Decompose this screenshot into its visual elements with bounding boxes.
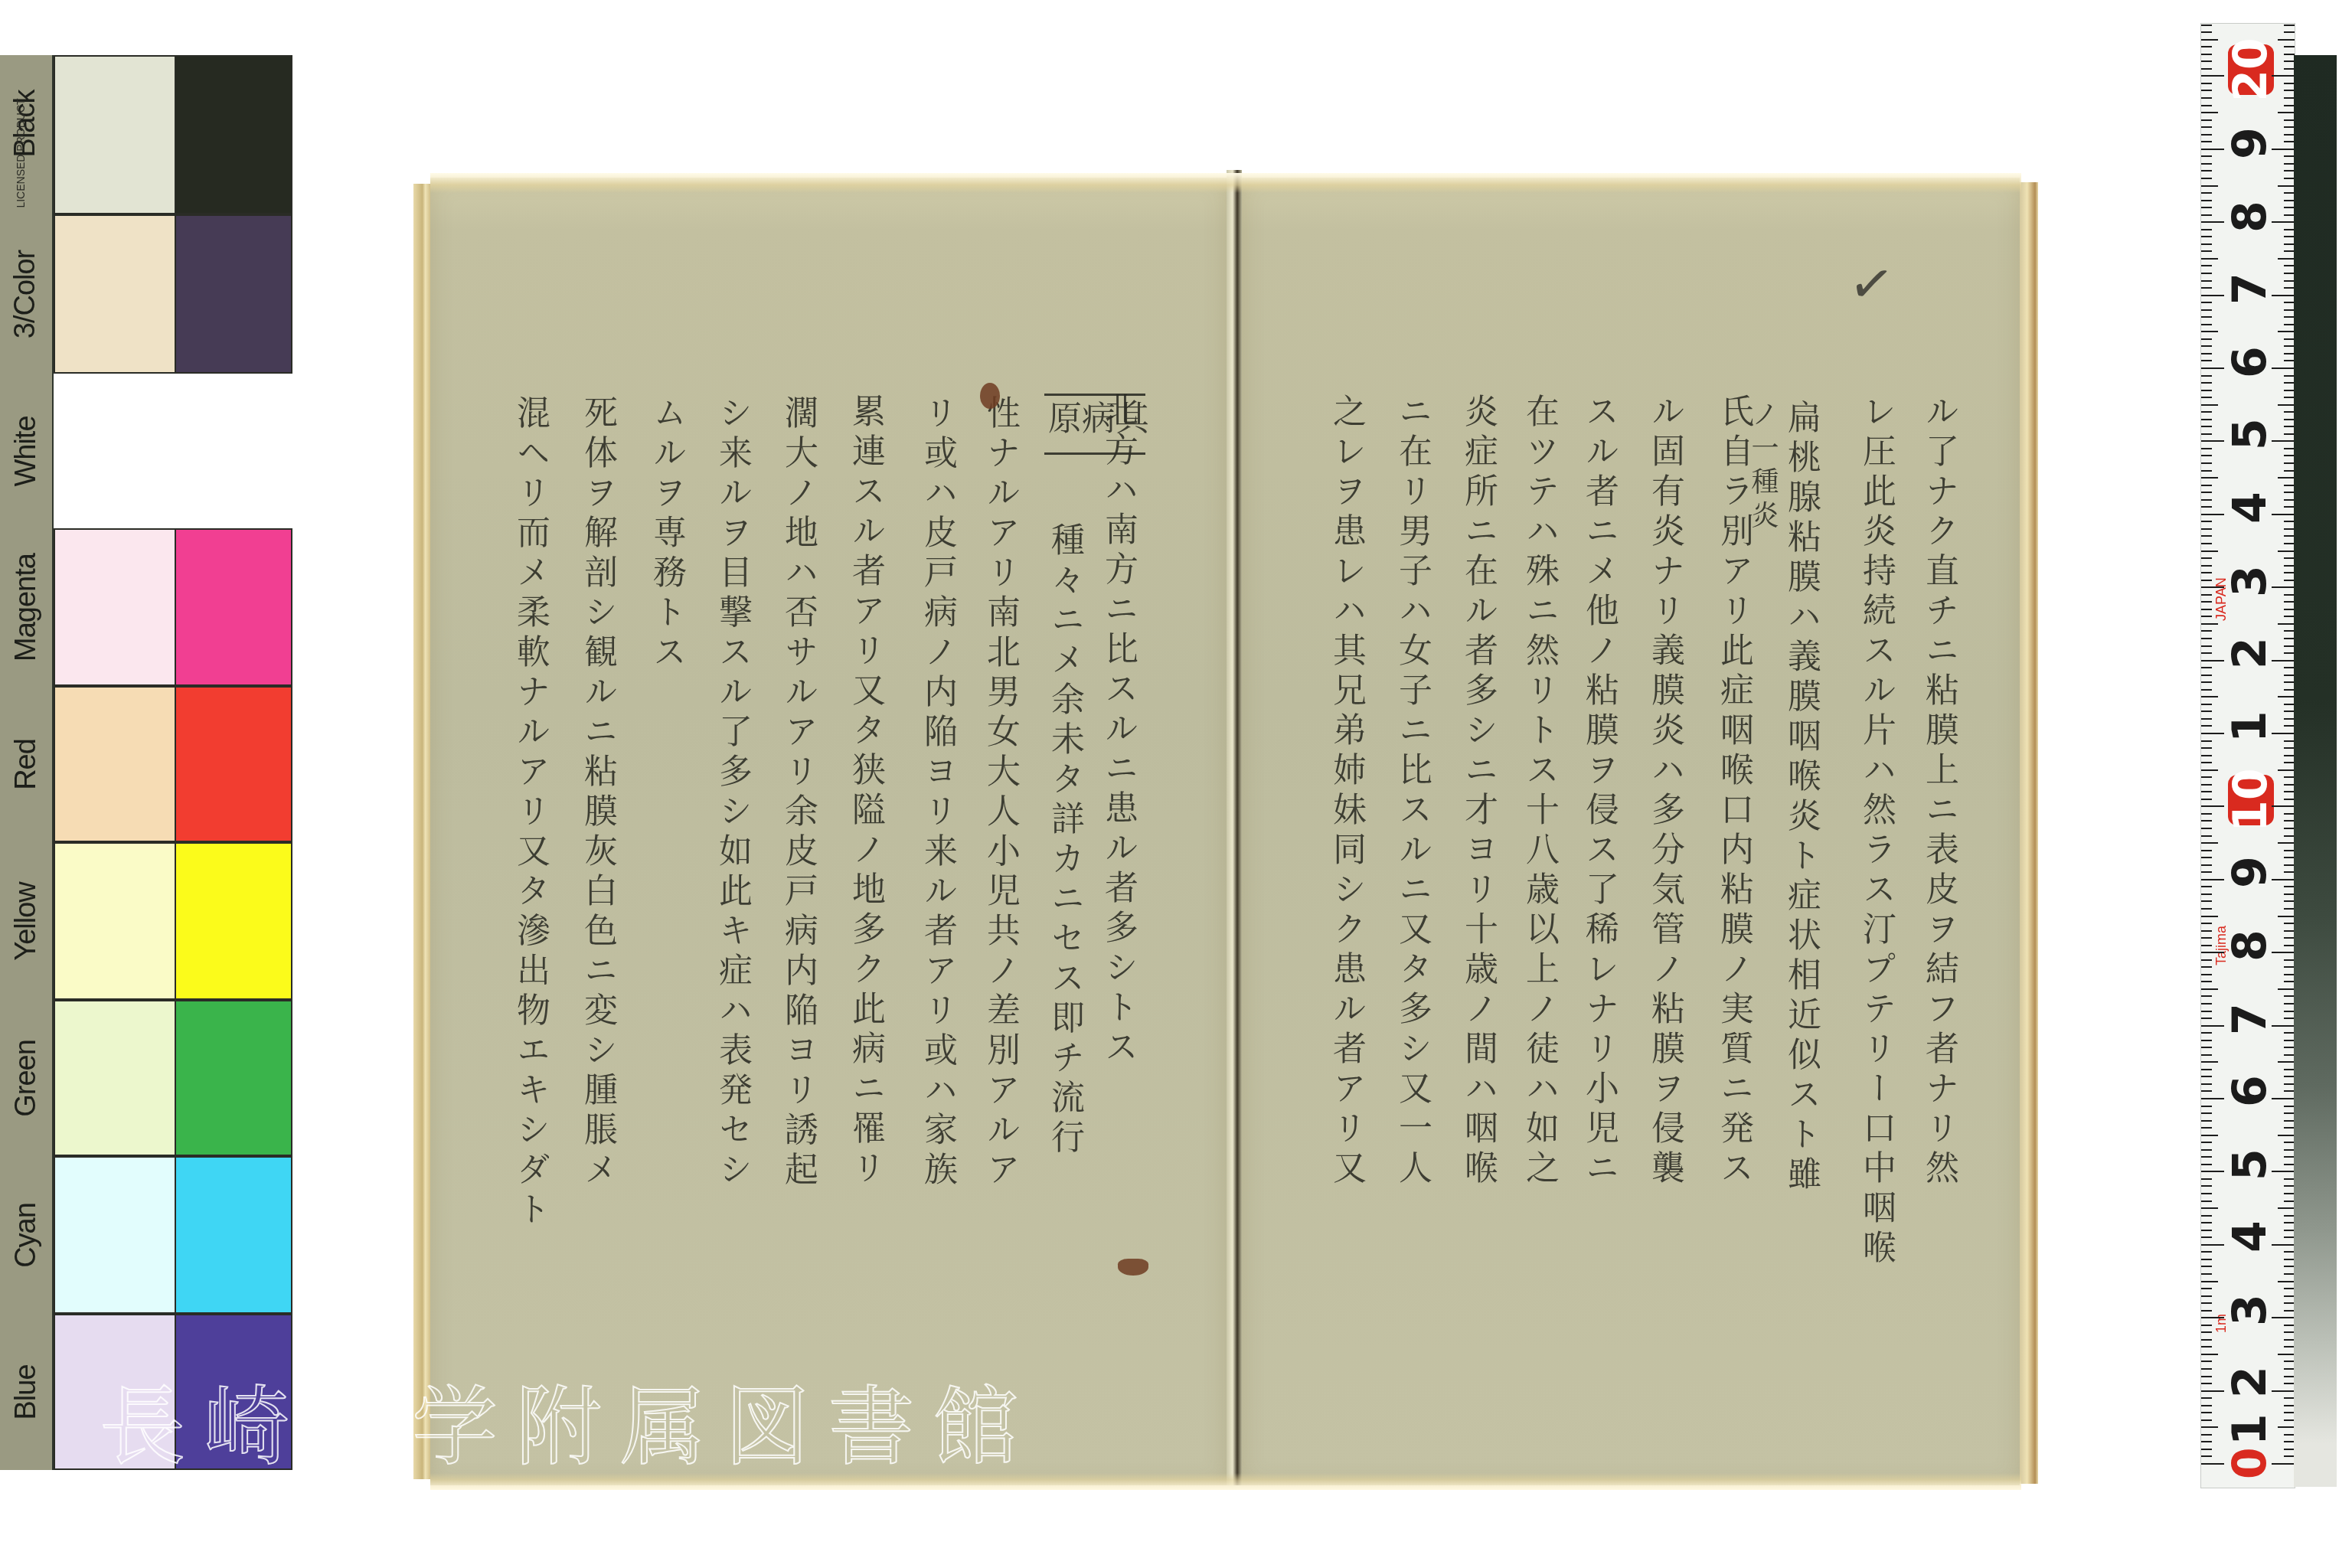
ruler-tick <box>2201 1135 2218 1136</box>
ruler-tick <box>2284 1040 2295 1041</box>
ruler-tick <box>2272 1171 2295 1172</box>
ruler-tick <box>2201 1302 2212 1304</box>
ruler-tick <box>2284 1222 2295 1223</box>
ruler-tick <box>2201 75 2224 77</box>
ruler-tick <box>2201 68 2212 70</box>
ruler-tick <box>2284 1069 2295 1070</box>
ruler-tick <box>2201 1273 2212 1275</box>
ruler-tick <box>2272 805 2295 807</box>
book-right-edge <box>2018 182 2038 1484</box>
ruler-tick <box>2284 864 2295 866</box>
ruler-tick <box>2284 170 2295 171</box>
ruler-tick <box>2272 952 2295 953</box>
ruler-tick <box>2201 974 2212 975</box>
ruler-tick <box>2201 411 2212 413</box>
ruler-tick <box>2284 309 2295 311</box>
ruler-tick <box>2284 1325 2295 1326</box>
ruler-number: 8 <box>2227 195 2273 238</box>
ruler-tick <box>2201 250 2212 252</box>
ruler-tick <box>2201 433 2212 435</box>
ruler-tick <box>2284 1441 2295 1442</box>
ruler-tick <box>2278 1135 2295 1136</box>
ruler-tick <box>2201 1076 2212 1077</box>
ruler-tick <box>2272 879 2295 880</box>
ruler-tick <box>2201 1361 2212 1362</box>
swatch-saturated <box>175 214 292 374</box>
ruler-tick <box>2284 820 2295 822</box>
ruler-tick <box>2284 601 2295 603</box>
ruler-tick <box>2284 681 2295 683</box>
ruler-tick <box>2284 155 2295 157</box>
ruler-tick <box>2284 704 2295 705</box>
ruler-tick <box>2284 1185 2295 1187</box>
ruler-tick <box>2201 243 2212 245</box>
ruler-tick <box>2284 1449 2295 1450</box>
ruler-tick <box>2201 419 2212 420</box>
ruler-tick <box>2201 630 2212 632</box>
ruler-tick <box>2201 1376 2212 1377</box>
chart-label: Yellow <box>10 882 43 960</box>
ruler-tick <box>2278 916 2295 917</box>
ruler-tick <box>2201 675 2212 676</box>
ruler-tick <box>2201 1106 2212 1107</box>
ruler-tick <box>2284 1047 2295 1048</box>
ruler-tick <box>2284 580 2295 581</box>
ruler-tick <box>2284 31 2295 33</box>
ruler-tick <box>2284 1003 2295 1004</box>
ruler-tick <box>2284 966 2295 968</box>
ruler-tick <box>2201 126 2212 128</box>
ruler-tick <box>2201 1207 2218 1209</box>
ruler-tick <box>2284 1302 2295 1304</box>
ruler-tick <box>2201 1325 2212 1326</box>
ruler-tick <box>2272 514 2295 515</box>
ruler-tick <box>2201 1156 2212 1158</box>
text-column: リ或ハ皮戸病ノ内陥ヨリ来ル者アリ或ハ家族 <box>920 395 954 1191</box>
swatch-light <box>54 55 176 214</box>
ruler-tick <box>2201 1200 2212 1202</box>
ruler-tick <box>2201 214 2212 216</box>
ruler-tick <box>2201 1441 2212 1442</box>
ruler-tick <box>2201 1054 2212 1056</box>
ruler-tick <box>2201 857 2212 858</box>
ruler-tick <box>2284 287 2295 289</box>
ruler-tick <box>2201 696 2218 697</box>
ruler-tick <box>2284 1455 2295 1457</box>
ruler-tick <box>2201 988 2218 990</box>
ruler-tick <box>2201 900 2212 902</box>
chart-row-cyan: Cyan <box>0 1156 292 1314</box>
swatch-saturated <box>175 686 292 842</box>
ruler-tick <box>2201 1346 2212 1347</box>
ruler-tick <box>2284 799 2295 800</box>
ruler-tick <box>2201 908 2212 910</box>
ruler-tick <box>2284 667 2295 668</box>
ruler-tick <box>2284 448 2295 449</box>
ruler-tick <box>2284 1054 2295 1056</box>
ruler-tick <box>2272 149 2295 150</box>
chart-row-white: White <box>0 374 292 528</box>
text-column: 之レヲ患レハ其兄弟姉妹同シク患ル者アリ又 <box>1329 394 1363 1190</box>
ruler-tick <box>2284 280 2295 282</box>
ruler-number: 3 <box>2227 560 2273 603</box>
ruler-number: 6 <box>2227 1070 2273 1112</box>
swatch-saturated <box>175 1000 292 1156</box>
text-column: 種々ニメ余未タ詳カニセス即チ流行 <box>1047 522 1081 1159</box>
ruler-tick <box>2201 652 2212 654</box>
ruler-tick <box>2284 1273 2295 1275</box>
chart-label: Magenta <box>10 554 43 661</box>
ruler-tick <box>2201 1069 2212 1070</box>
ruler-tick <box>2284 1120 2295 1122</box>
ruler-tick <box>2201 440 2224 442</box>
ruler-tick <box>2284 1011 2295 1012</box>
ruler-tick <box>2284 1397 2295 1399</box>
ruler-tick <box>2201 842 2218 844</box>
ruler-tick <box>2284 959 2295 961</box>
text-column: ル了ナク直チニ粘膜上ニ表皮ヲ結フ者ナリ然 <box>1922 394 1955 1190</box>
ruler-tick <box>2284 937 2295 939</box>
ruler-tick <box>2278 39 2295 41</box>
ruler-tick <box>2278 623 2295 625</box>
ruler-tick <box>2201 1025 2224 1027</box>
ruler-tick <box>2272 1244 2295 1246</box>
ruler-tick <box>2201 813 2212 815</box>
ruler-tick <box>2201 725 2212 727</box>
ruler-tick <box>2284 1361 2295 1362</box>
ruler-tick <box>2201 850 2212 851</box>
ruler-number: 6 <box>2227 341 2273 384</box>
swatch-light <box>54 214 176 374</box>
ruler-tick <box>2284 1236 2295 1238</box>
ruler-tick <box>2284 90 2295 91</box>
ruler-tick <box>2201 1011 2212 1012</box>
ruler-tick <box>2201 586 2224 588</box>
ruler-tick <box>2201 477 2218 479</box>
ruler-tick <box>2284 1090 2295 1092</box>
ruler-tick <box>2278 1354 2295 1355</box>
ruler-tick <box>2201 886 2212 887</box>
ruler-tick <box>2284 747 2295 749</box>
ruler-tick <box>2284 1376 2295 1377</box>
ruler-tick <box>2201 397 2212 398</box>
ruler-number: 9 <box>2227 122 2273 165</box>
ruler-tick <box>2284 178 2295 179</box>
ruler-tick <box>2201 141 2212 142</box>
ruler-tick <box>2284 1076 2295 1077</box>
ruler-tick <box>2278 988 2295 990</box>
ruler-tick <box>2201 1368 2212 1370</box>
chart-label: 3/Color <box>10 250 43 338</box>
ruler-tick <box>2272 1098 2295 1099</box>
text-column: 氏自ラ別アリ此症咽喉口内粘膜ノ実質ニ発ス <box>1717 394 1750 1190</box>
ruler-tick <box>2284 828 2295 829</box>
ruler-tick <box>2284 60 2295 62</box>
ruler-tick <box>2201 499 2212 501</box>
ruler-tick <box>2272 660 2295 661</box>
ruler-tick <box>2284 813 2295 815</box>
ruler-tick <box>2201 791 2212 792</box>
ruler-tick <box>2201 485 2212 486</box>
book-bottom-edge <box>430 1473 2021 1490</box>
ruler-tick <box>2284 594 2295 596</box>
ruler-tick <box>2278 112 2295 113</box>
ruler-tick <box>2284 850 2295 851</box>
ruler-tick <box>2284 528 2295 530</box>
ruler-tick <box>2201 762 2212 763</box>
ruler-tick <box>2201 1164 2212 1165</box>
ruler-tick <box>2284 492 2295 493</box>
ruler-tick <box>2201 937 2212 939</box>
ruler-tick <box>2272 221 2295 223</box>
ruler-tick <box>2284 1368 2295 1370</box>
ruler-tick <box>2284 1193 2295 1194</box>
ruler-tick <box>2201 1112 2212 1114</box>
color-calibration-chart: Black 3/Color LICENSED PRODUCT White Mag… <box>0 55 292 1470</box>
ruler-tick <box>2284 871 2295 873</box>
ruler-tick <box>2201 1449 2212 1450</box>
ruler-tick <box>2284 141 2295 142</box>
ruler-tick <box>2284 740 2295 742</box>
ruler-tick <box>2201 192 2212 194</box>
ruler-tick <box>2201 565 2212 567</box>
text-column: 濶大ノ地ハ否サルアリ余皮戸病内陥ヨリ誘起 <box>781 395 815 1191</box>
ruler-tick <box>2201 638 2212 639</box>
chart-row-green: Green <box>0 1000 292 1156</box>
ruler-tick <box>2284 565 2295 567</box>
ruler-tick <box>2284 645 2295 647</box>
ruler-number: 1 <box>2227 705 2273 748</box>
ruler-tick <box>2201 879 2224 880</box>
ruler-tick <box>2284 250 2295 252</box>
swatch-white <box>54 374 292 528</box>
ruler-tick <box>2201 185 2218 187</box>
book-top-edge <box>430 173 2021 193</box>
ruler-tick <box>2201 1354 2218 1355</box>
ruler-tick <box>2278 696 2295 697</box>
swatch-light <box>54 528 176 686</box>
ruler-tick <box>2272 295 2295 296</box>
ruler-tick <box>2201 302 2212 303</box>
ruler-tick <box>2201 1434 2212 1436</box>
ruler-tick <box>2201 1331 2212 1333</box>
ruler-tick <box>2284 470 2295 472</box>
ruler-tick <box>2284 981 2295 982</box>
ruler-tick <box>2272 1317 2295 1318</box>
ruler-tick <box>2284 1083 2295 1085</box>
ruler-number: 9 <box>2227 851 2273 893</box>
ruler-tick <box>2284 1127 2295 1129</box>
ruler-tick <box>2201 46 2212 47</box>
ruler-tick <box>2201 54 2212 55</box>
ruler-tick <box>2201 1251 2212 1253</box>
ruler-tick <box>2201 521 2212 522</box>
ruler-tick <box>2284 360 2295 361</box>
ruler-tick <box>2284 134 2295 136</box>
ruler-tick <box>2278 1281 2295 1282</box>
ruler-tick <box>2201 287 2212 289</box>
ruler-tick <box>2284 535 2295 537</box>
ruler-tick <box>2284 214 2295 216</box>
ruler-number: 5 <box>2227 1143 2273 1186</box>
ruler-tick <box>2278 769 2295 771</box>
ruler-tick <box>2201 1083 2212 1085</box>
ruler-tick <box>2201 316 2212 318</box>
ruler-tick <box>2284 923 2295 924</box>
text-column: 北方ハ南方ニ比スルニ患ル者多シトス <box>1101 392 1135 1069</box>
swatch-saturated <box>175 842 292 1000</box>
ruler-tick <box>2284 83 2295 84</box>
ruler-tick <box>2284 302 2295 303</box>
ruler-tick <box>2201 236 2212 237</box>
ruler-tick <box>2272 1463 2295 1465</box>
chart-row-blue: Blue <box>0 1314 292 1470</box>
ruler-tick <box>2272 1025 2295 1027</box>
swatch-saturated <box>175 1156 292 1314</box>
ruler-tick <box>2284 1288 2295 1289</box>
ruler-tick <box>2201 784 2212 786</box>
ruler-tick <box>2201 740 2212 742</box>
ruler-tick <box>2201 623 2218 625</box>
ruler-tick <box>2284 710 2295 712</box>
ruler-tick <box>2201 60 2212 62</box>
ruler-tick <box>2278 185 2295 187</box>
ruler-tick <box>2201 535 2212 537</box>
ruler-tick <box>2284 390 2295 391</box>
ruler-brand-tajima: Tajima <box>2213 926 2229 965</box>
ruler-tick <box>2201 945 2212 946</box>
ruler-tick <box>2284 616 2295 617</box>
ruler-tick <box>2201 207 2212 208</box>
ruler-tick <box>2201 1339 2212 1341</box>
ruler-tick <box>2284 1295 2295 1297</box>
ruler-tick <box>2201 1236 2212 1238</box>
ruler-tick <box>2284 1215 2295 1217</box>
ruler-tick <box>2201 828 2212 829</box>
ruler-tick <box>2201 221 2224 223</box>
ruler-tick <box>2201 324 2212 325</box>
ruler-tick <box>2201 1178 2212 1180</box>
ink-stain <box>980 383 1000 409</box>
ruler-tick <box>2201 1127 2212 1129</box>
ruler-tick <box>2284 353 2295 354</box>
ruler-tick <box>2201 1426 2218 1428</box>
ruler-tick <box>2201 455 2212 456</box>
ruler-tick <box>2201 1047 2212 1048</box>
licensed-product-label: LICENSED PRODUCT <box>15 88 27 218</box>
text-column: 性ナルアリ南北男女大人小児共ノ差別アルア <box>983 395 1017 1191</box>
ruler-tick <box>2201 550 2218 552</box>
ruler-tick <box>2272 1390 2295 1392</box>
ruler-tick <box>2284 273 2295 274</box>
ruler-tick <box>2284 382 2295 384</box>
ruler-tick <box>2201 338 2212 340</box>
ruler-tick <box>2284 455 2295 456</box>
ruler-tick <box>2201 1098 2224 1099</box>
text-column: レ圧此炎持続スル片ハ然ラス汀プテリー口中咽喉 <box>1859 394 1893 1269</box>
ruler-tick <box>2201 776 2212 778</box>
ruler-tick <box>2201 1185 2212 1187</box>
text-column: 累連スル者アリ又タ狭隘ノ地多ク此病ニ罹リ <box>848 394 882 1190</box>
ruler-tick <box>2201 704 2212 705</box>
ruler-tick <box>2284 1419 2295 1421</box>
ruler-tick <box>2284 1339 2295 1341</box>
ruler-tick <box>2201 331 2218 332</box>
ruler-tick <box>2201 1230 2212 1231</box>
ruler-tick <box>2201 959 2212 961</box>
ruler-tick <box>2284 1149 2295 1151</box>
ruler-tick <box>2201 462 2212 464</box>
text-column: スル者ニメ他ノ粘膜ヲ侵ス了稀レナリ小児ニ <box>1582 394 1615 1190</box>
chart-row-3color: 3/Color <box>0 214 292 374</box>
ruler-tick <box>2201 1040 2212 1041</box>
swatch-saturated <box>175 1314 292 1470</box>
ruler-tick <box>2201 1120 2212 1122</box>
ruler-tick <box>2201 170 2212 171</box>
ruler-tick <box>2284 433 2295 435</box>
ruler-number: 0 <box>2227 1442 2273 1485</box>
ruler-tick <box>2201 893 2212 895</box>
ruler-tick <box>2272 367 2295 369</box>
ruler-tick <box>2201 864 2212 866</box>
ruler-tick <box>2284 126 2295 128</box>
ruler-tick <box>2201 609 2212 610</box>
ruler-tick <box>2284 1156 2295 1158</box>
ruler-tick <box>2201 90 2212 91</box>
ruler-tick <box>2201 1266 2212 1267</box>
text-column: 死体ヲ解剖シ観ルニ粘膜灰白色ニ変シ腫脹メ <box>580 395 614 1191</box>
checkmark-icon: ✓ <box>1845 250 1898 318</box>
ruler-tick <box>2201 1310 2212 1312</box>
ruler-tick <box>2284 995 2295 997</box>
ruler-tick <box>2284 236 2295 237</box>
ruler-tick <box>2284 1230 2295 1231</box>
ruler-tick <box>2201 39 2218 41</box>
ruler-tick <box>2284 316 2295 318</box>
ruler-tick <box>2201 1295 2212 1297</box>
ruler-tick <box>2201 492 2212 493</box>
ruler-tick <box>2284 974 2295 975</box>
ruler-tick <box>2201 543 2212 544</box>
ruler-tick <box>2201 31 2212 33</box>
ruler-tick <box>2201 105 2212 106</box>
ruler-tick <box>2201 871 2212 873</box>
ruler-tick <box>2278 1061 2295 1063</box>
ruler-tick <box>2201 200 2212 201</box>
ruler-tick <box>2278 477 2295 479</box>
ruler-tick <box>2284 1106 2295 1107</box>
watermark-char: 大 <box>308 1359 394 1482</box>
ruler-tick <box>2284 119 2295 121</box>
ruler-tick <box>2284 192 2295 194</box>
ruler-tick <box>2278 842 2295 844</box>
ruler-tick <box>2278 258 2295 260</box>
ruler-tick <box>2201 360 2212 361</box>
text-column: ムルヲ専務トス <box>649 395 683 674</box>
heading-text: 其病原 <box>1044 394 1145 455</box>
ruler-tick <box>2201 1090 2212 1092</box>
ruler-tick <box>2284 893 2295 895</box>
ruler-tick <box>2201 820 2212 822</box>
ruler-tick <box>2201 506 2212 508</box>
ruler-tick <box>2284 572 2295 573</box>
ruler-tick <box>2284 243 2295 245</box>
ruler-tick <box>2201 514 2224 515</box>
ruler-tick <box>2201 163 2212 165</box>
ruler-tick <box>2284 419 2295 420</box>
ruler-number: 7 <box>2227 267 2273 310</box>
grayscale-strip <box>2294 55 2337 1487</box>
